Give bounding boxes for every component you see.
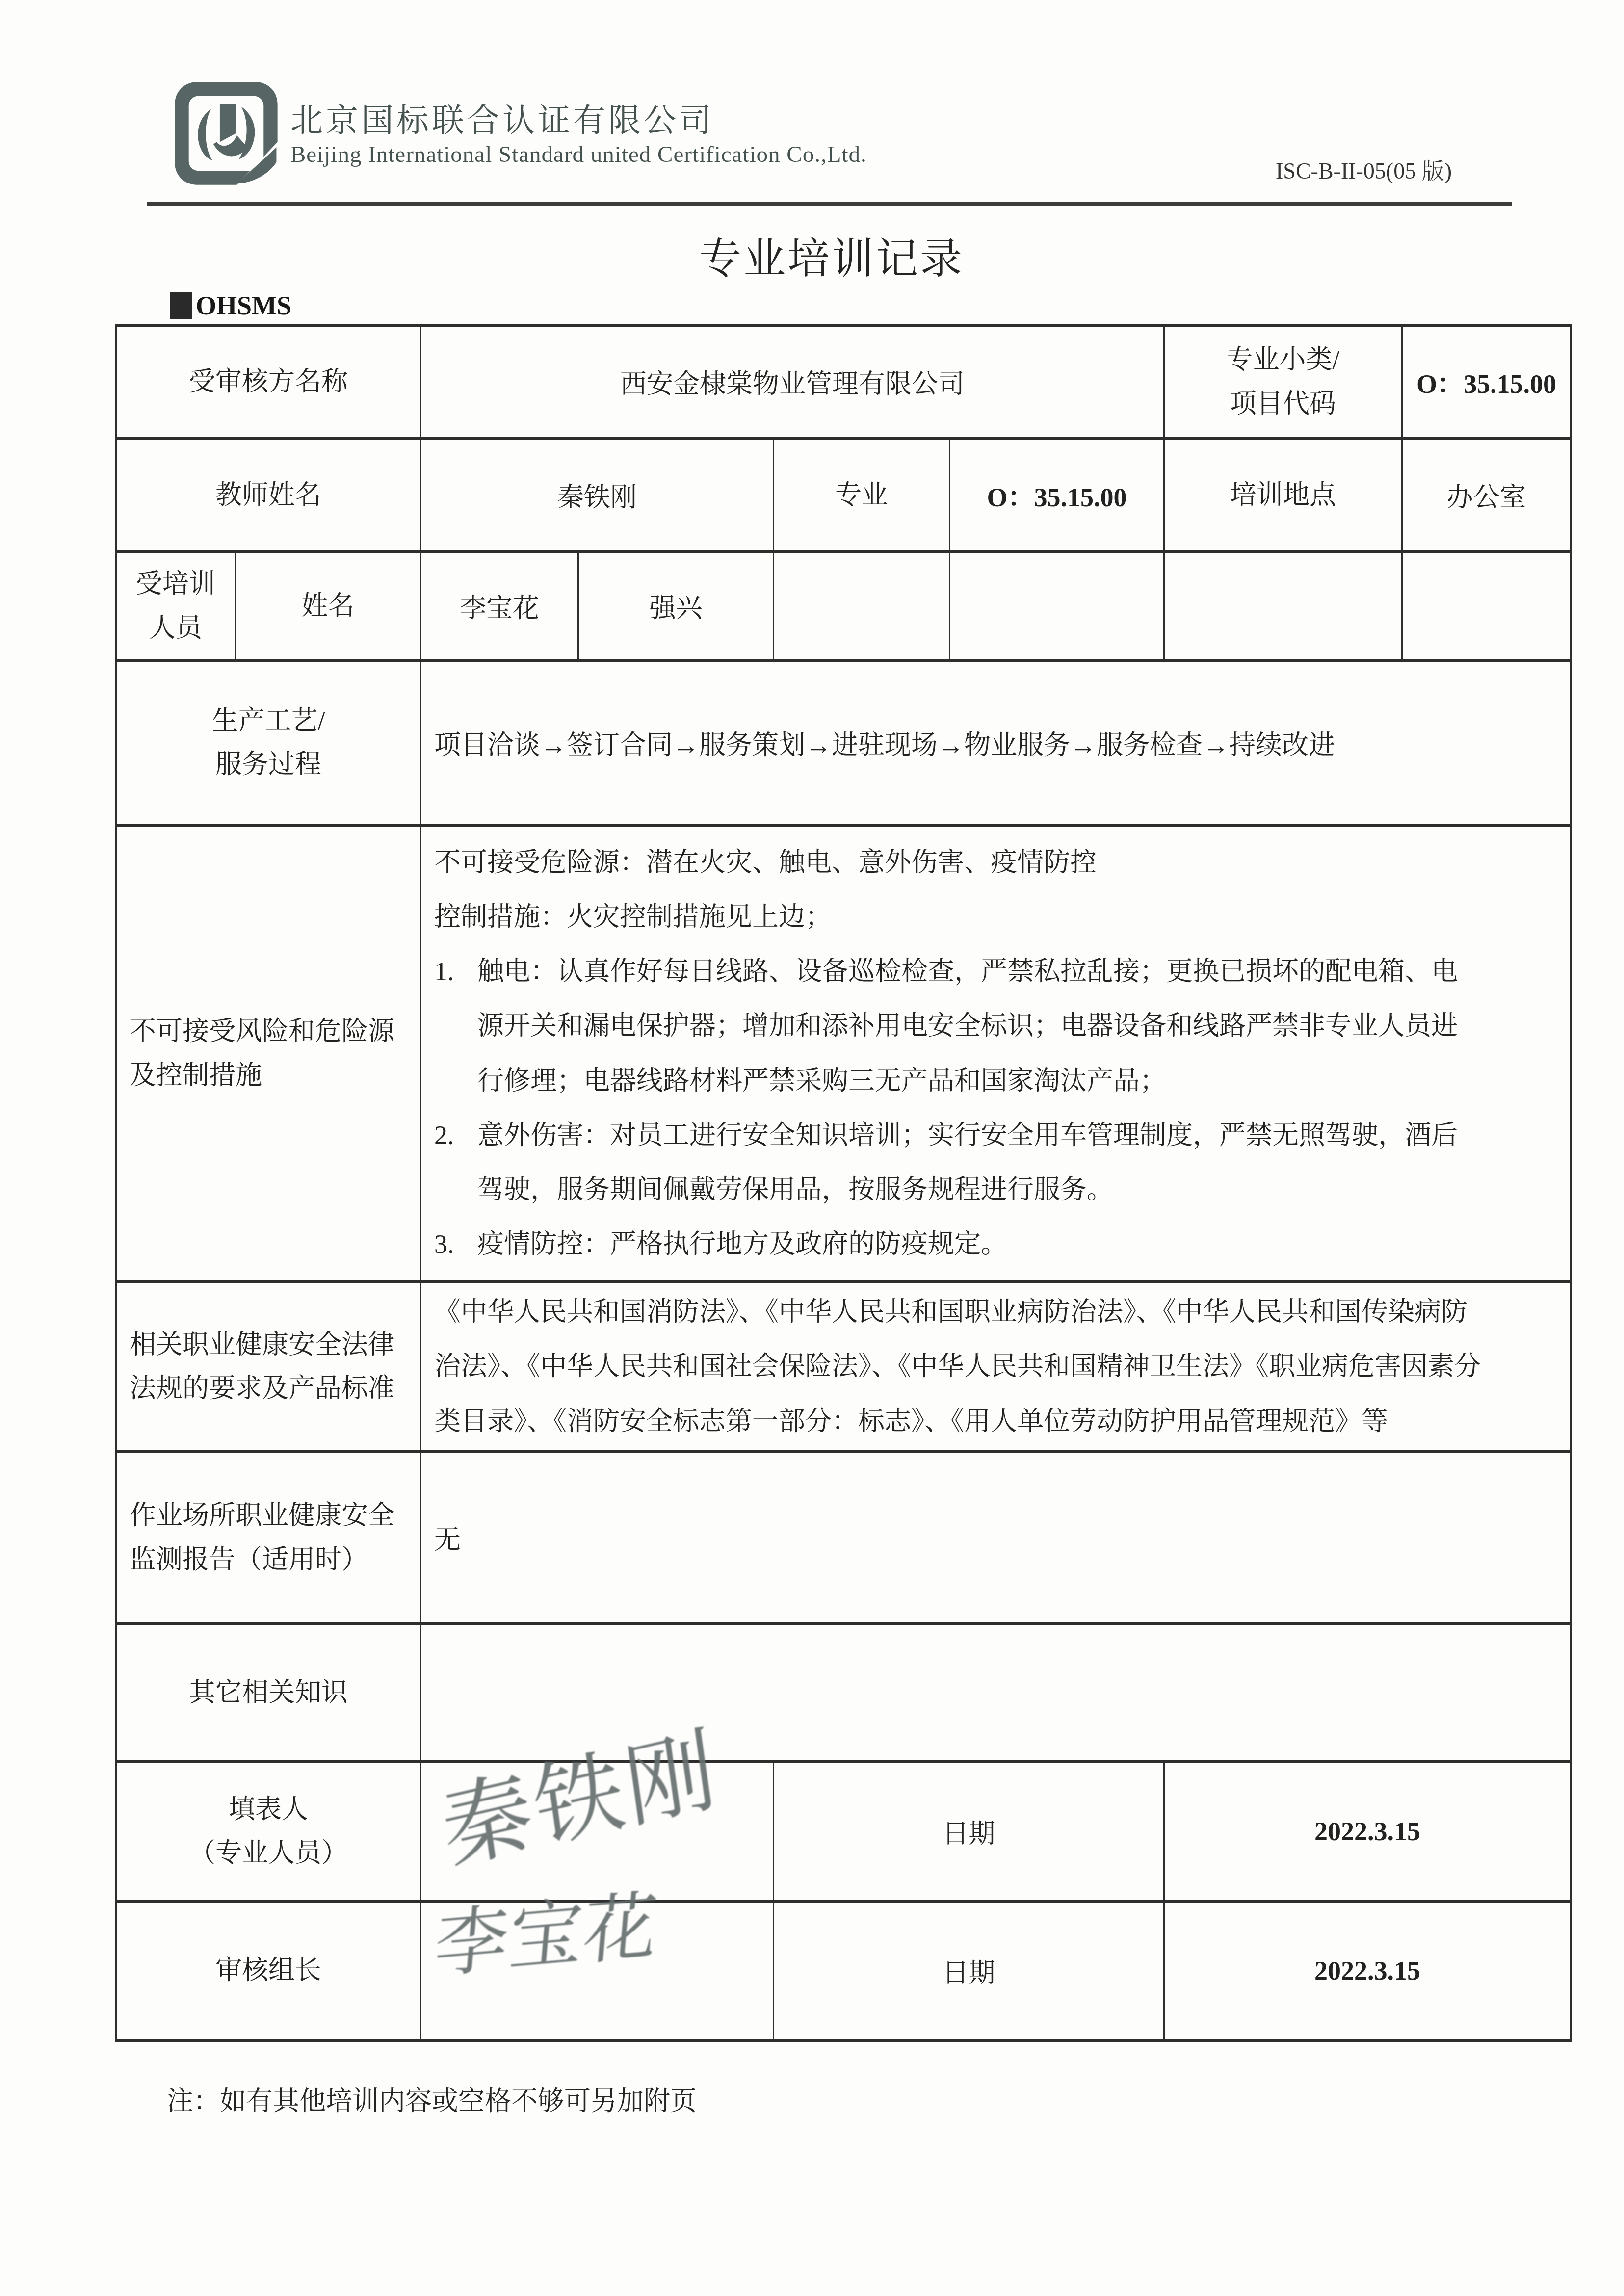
training-record-table: 受审核方名称 西安金棣棠物业管理有限公司 专业小类/ 项目代码 O：35.15.… (115, 324, 1572, 2042)
filler-date-cell: 2022.3.15 (1164, 1762, 1571, 1901)
row-trainees: 受培训 人员 姓名 李宝花 强兴 (116, 552, 1571, 660)
row-risks: 不可接受风险和危险源 及控制措施 不可接受危险源：潜在火灾、触电、意外伤害、疫情… (116, 825, 1571, 1282)
page-title: 专业培训记录 (0, 225, 1624, 286)
trainee-name-cell: 李宝花 (421, 552, 578, 660)
black-square-icon (170, 292, 192, 319)
category-code-cell: O：35.15.00 (1402, 325, 1571, 439)
risk-line: 不可接受危险源：潜在火灾、触电、意外伤害、疫情防控 (434, 835, 1557, 890)
row-process: 生产工艺/ 服务过程 项目洽谈→签订合同→服务策划→进驻现场→物业服务→服务检查… (116, 660, 1571, 825)
row-laws: 相关职业健康安全法律 法规的要求及产品标准 《中华人民共和国消防法》、《中华人民… (116, 1282, 1571, 1452)
risk-item-cont: 驾驶，服务期间佩戴劳保用品，按服务规程进行服务。 (434, 1163, 1557, 1217)
row-filler: 填表人 （专业人员） 秦铁刚 日期 2022.3.15 (116, 1762, 1571, 1901)
auditor-signature-cell: 李宝花 (421, 1901, 774, 2040)
header-divider (147, 202, 1512, 206)
auditor-date-label-cell: 日期 (774, 1901, 1164, 2040)
location-value-cell: 办公室 (1402, 439, 1571, 552)
risk-item-cont: 行修理；电器线路材料严禁采购三无产品和国家淘汰产品； (434, 1054, 1557, 1108)
laws-content-cell: 《中华人民共和国消防法》、《中华人民共和国职业病防治法》、《中华人民共和国传染病… (421, 1282, 1571, 1452)
trainee-name-cell-empty (950, 552, 1164, 660)
teacher-name-cell: 秦铁刚 (421, 439, 774, 552)
risks-content-cell: 不可接受危险源：潜在火灾、触电、意外伤害、疫情防控 控制措施：火灾控制措施见上边… (421, 825, 1571, 1282)
trainee-name-cell-empty (1164, 552, 1402, 660)
law-line: 《中华人民共和国消防法》、《中华人民共和国职业病防治法》、《中华人民共和国传染病… (434, 1285, 1557, 1339)
category-label-cell: 专业小类/ 项目代码 (1164, 325, 1402, 439)
risk-line: 控制措施：火灾控制措施见上边； (434, 890, 1557, 944)
auditor-date-cell: 2022.3.15 (1164, 1901, 1571, 2040)
row-teacher: 教师姓名 秦铁刚 专业 O：35.15.00 培训地点 办公室 (116, 439, 1571, 552)
risk-item-cont: 源开关和漏电保护器；增加和添补用电安全标识；电器设备和线路严禁非专业人员进 (434, 999, 1557, 1053)
risk-item: 3.疫情防控：严格执行地方及政府的防疫规定。 (434, 1217, 1557, 1272)
certification-company-logo-icon (173, 80, 280, 187)
system-tag-label: OHSMS (196, 290, 291, 321)
company-name-cn: 北京国标联合认证有限公司 (290, 94, 714, 141)
process-label-cell: 生产工艺/ 服务过程 (116, 660, 421, 825)
risks-label-cell: 不可接受风险和危险源 及控制措施 (116, 825, 421, 1282)
document-code: ISC-B-II-05(05 版) (1276, 153, 1452, 185)
specialty-label-cell: 专业 (774, 439, 950, 552)
trainee-name-cell-empty (774, 552, 950, 660)
trainee-name-cell-empty (1402, 552, 1571, 660)
risk-item: 1.触电：认真作好每日线路、设备巡检检查，严禁私拉乱接；更换已损坏的配电箱、电 (434, 944, 1557, 999)
teacher-label-cell: 教师姓名 (116, 439, 421, 552)
law-line: 类目录》、《消防安全标志第一部分：标志》、《用人单位劳动防护用品管理规范》等 (434, 1394, 1557, 1449)
row-auditor: 审核组长 李宝花 日期 2022.3.15 (116, 1901, 1571, 2040)
trainee-name-cell: 强兴 (578, 552, 774, 660)
risk-item: 2.意外伤害：对员工进行安全知识培训；实行安全用车管理制度，严禁无照驾驶，酒后 (434, 1108, 1557, 1163)
specialty-code-cell: O：35.15.00 (950, 439, 1164, 552)
company-name-en: Beijing International Standard united Ce… (290, 141, 867, 168)
footnote: 注：如有其他培训内容或空格不够可另加附页 (167, 2080, 697, 2118)
auditee-label-cell: 受审核方名称 (116, 325, 421, 439)
process-value-cell: 项目洽谈→签订合同→服务策划→进驻现场→物业服务→服务检查→持续改进 (421, 660, 1571, 825)
system-tag: OHSMS (170, 290, 291, 321)
auditor-signature: 李宝花 (431, 1865, 663, 1992)
filler-label-cell: 填表人 （专业人员） (116, 1762, 421, 1901)
location-label-cell: 培训地点 (1164, 439, 1402, 552)
monitoring-value-cell: 无 (421, 1452, 1571, 1624)
laws-label-cell: 相关职业健康安全法律 法规的要求及产品标准 (116, 1282, 421, 1452)
other-knowledge-label-cell: 其它相关知识 (116, 1624, 421, 1762)
trainees-name-label-cell: 姓名 (236, 552, 421, 660)
monitoring-label-cell: 作业场所职业健康安全 监测报告（适用时） (116, 1452, 421, 1624)
auditor-label-cell: 审核组长 (116, 1901, 421, 2040)
trainees-label-cell: 受培训 人员 (116, 552, 236, 660)
row-monitoring: 作业场所职业健康安全 监测报告（适用时） 无 (116, 1452, 1571, 1624)
filler-date-label-cell: 日期 (774, 1762, 1164, 1901)
auditee-value-cell: 西安金棣棠物业管理有限公司 (421, 325, 1164, 439)
row-other-knowledge: 其它相关知识 (116, 1624, 1571, 1762)
law-line: 治法》、《中华人民共和国社会保险法》、《中华人民共和国精神卫生法》《职业病危害因… (434, 1339, 1557, 1394)
row-auditee: 受审核方名称 西安金棣棠物业管理有限公司 专业小类/ 项目代码 O：35.15.… (116, 325, 1571, 439)
scanned-training-record-page: 北京国标联合认证有限公司 Beijing International Stand… (0, 0, 1624, 2296)
